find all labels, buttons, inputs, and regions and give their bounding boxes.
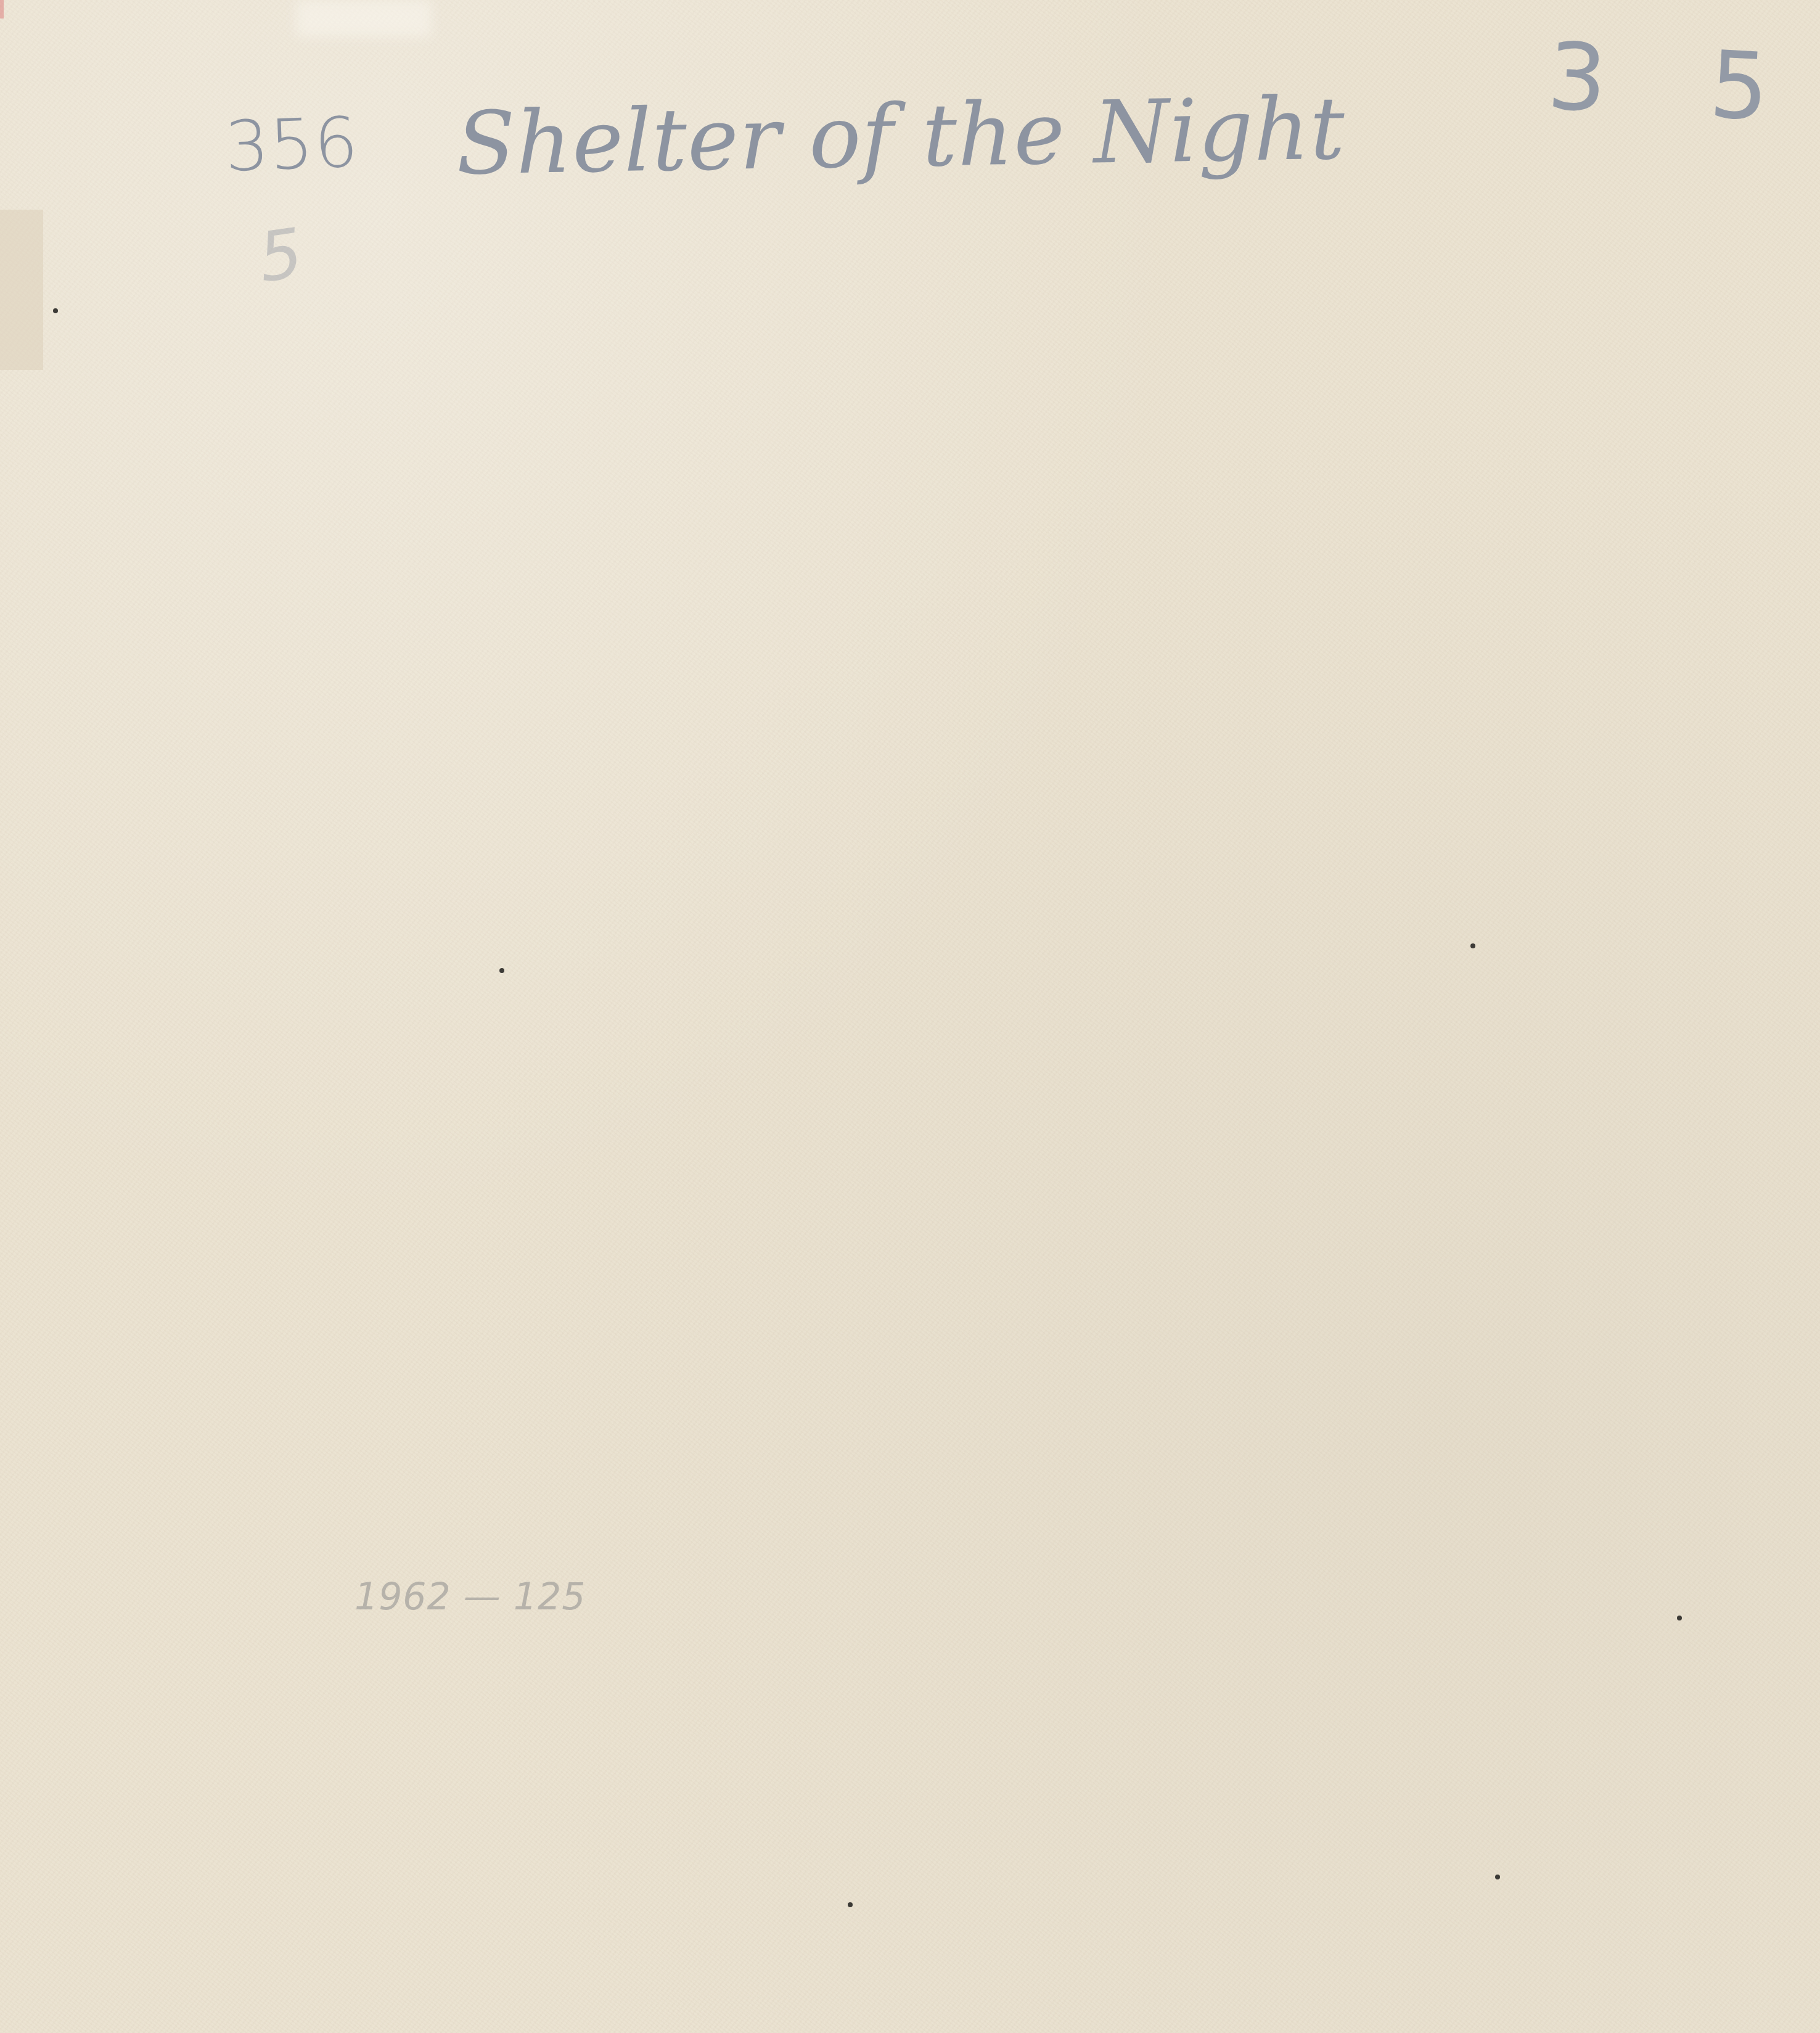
paper-highlight bbox=[296, 0, 432, 37]
paper-speck bbox=[1495, 1875, 1500, 1879]
edge-stain bbox=[0, 210, 43, 370]
paper-speck bbox=[53, 308, 58, 313]
date-note: 1962 — 125 bbox=[355, 1575, 586, 1619]
paper-speck bbox=[1470, 943, 1475, 948]
inventory-number-right: 3 5 6 bbox=[1545, 23, 1820, 152]
artwork-title: Shelter of the Night bbox=[456, 78, 1347, 194]
inventory-number-left: 356 bbox=[224, 102, 360, 187]
paper-speck bbox=[848, 1902, 853, 1907]
document-sheet: 356 Shelter of the Night 3 5 6 5 1962 — … bbox=[0, 0, 1820, 2033]
paper-speck bbox=[499, 968, 504, 973]
paper-speck bbox=[1677, 1616, 1682, 1620]
faint-pencil-mark: 5 bbox=[253, 213, 308, 298]
edge-mark bbox=[0, 0, 4, 18]
